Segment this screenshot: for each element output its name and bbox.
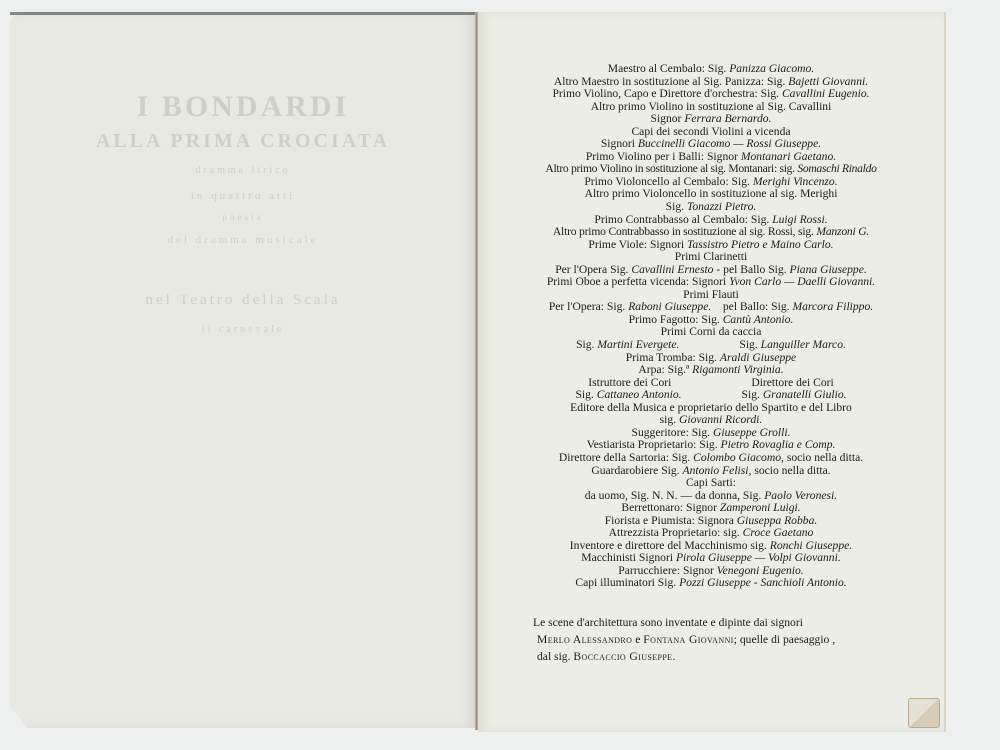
note-line-3: dal sig. Boccaccio Giuseppe.: [533, 648, 913, 665]
show-through-subtitle: ALLA PRIMA CROCIATA: [10, 130, 476, 153]
show-through-line: poesia: [10, 212, 476, 222]
section-heading: Primi Corni da caccia: [478, 326, 944, 339]
credits-list: Maestro al Cembalo: Sig. Panizza Giacomo…: [478, 63, 944, 590]
show-through-line: in quattro atti: [10, 190, 476, 202]
note-line-1: Le scene d'architettura sono inventate e…: [533, 614, 913, 631]
show-through-line: nel Teatro della Scala: [10, 292, 476, 309]
show-through-line: del dramma musicale: [10, 234, 476, 246]
page-corner-fold: [908, 698, 940, 728]
show-through-line: il carnevale: [10, 324, 476, 335]
credit-line: Capi illuminatori Sig. Pozzi Giuseppe - …: [478, 577, 944, 590]
book-spread: I BONDARDI ALLA PRIMA CROCIATA dramma li…: [0, 0, 1000, 750]
show-through-line: dramma lirico: [10, 165, 476, 176]
note-line-2: Merlo Alessandro e Fontana Giovanni; que…: [533, 631, 913, 648]
scenery-note: Le scene d'architettura sono inventate e…: [533, 614, 913, 665]
right-page-credits: Maestro al Cembalo: Sig. Panizza Giacomo…: [478, 12, 946, 732]
show-through-title: I BONDARDI: [10, 90, 476, 124]
cori-titles: Istruttore dei Cori Direttore dei Cori: [478, 377, 944, 390]
left-page-blank: I BONDARDI ALLA PRIMA CROCIATA dramma li…: [10, 12, 476, 728]
credit-line: sig. Giovanni Ricordi.: [478, 414, 944, 427]
credit-line: Arpa: Sig.ª Rigamonti Virginia.: [478, 364, 944, 377]
